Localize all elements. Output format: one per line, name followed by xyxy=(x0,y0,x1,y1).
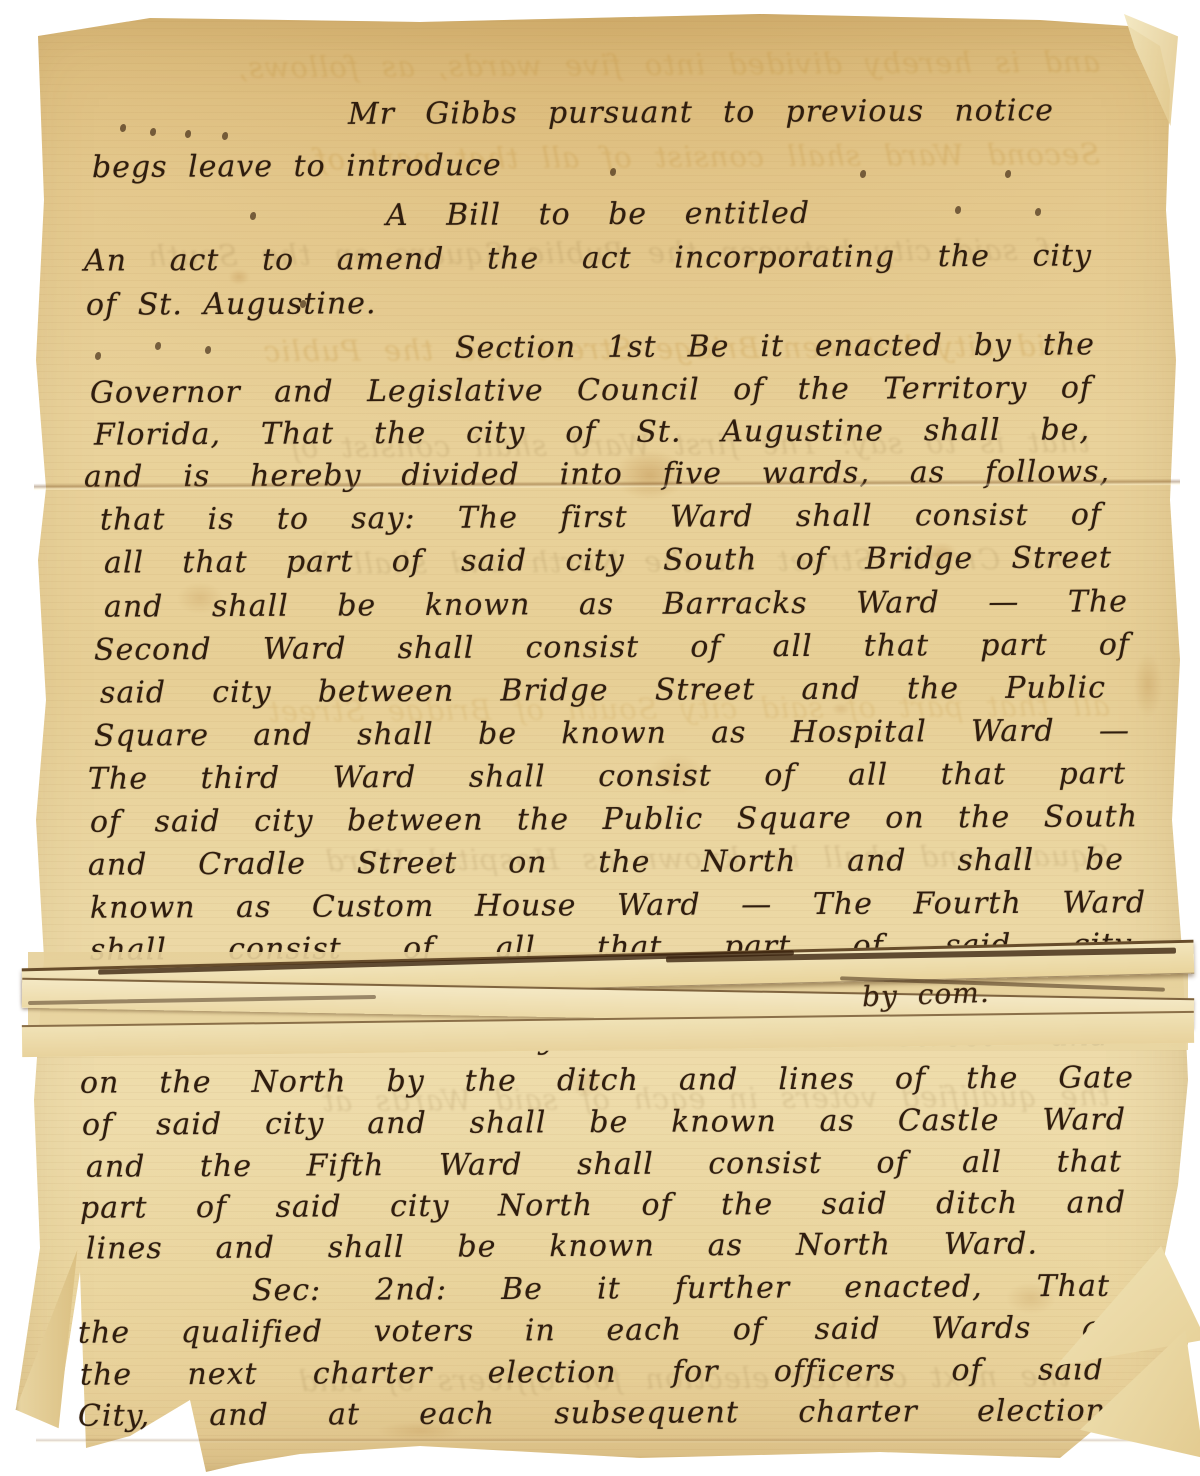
manuscript-line: begs leave to introduce xyxy=(92,149,502,186)
manuscript-line: of St. Augustine. xyxy=(86,287,377,323)
manuscript-line: Second Ward shall consist of all that pa… xyxy=(94,628,1130,668)
scan-background: and is hereby divided into five wards, a… xyxy=(0,0,1200,1476)
manuscript-line: Sec: 2nd: Be it further enacted, That xyxy=(252,1270,1110,1309)
bleedthrough-text: and is hereby divided into five wards, a… xyxy=(120,45,1100,86)
manuscript-line: all that part of said city South of Brid… xyxy=(104,541,1112,581)
stain xyxy=(1128,640,1168,730)
manuscript-line: said city between Bridge Street and the … xyxy=(100,671,1106,711)
manuscript-line: An act to amend the act incorporating th… xyxy=(84,239,1092,279)
manuscript-line: the next charter election for officers o… xyxy=(80,1353,1104,1393)
fold-crease xyxy=(36,1438,1136,1443)
manuscript-line: Florida, That the city of St. Augustine … xyxy=(94,413,1090,453)
manuscript-line: on the North by the ditch and lines of t… xyxy=(80,1061,1134,1101)
manuscript-line: Section 1st Be it enacted by the xyxy=(455,328,1095,366)
manuscript-line: of said city between the Public Square o… xyxy=(90,800,1138,840)
manuscript-line: of said city and shall be known as Castl… xyxy=(82,1103,1126,1143)
manuscript-line: that is to say: The first Ward shall con… xyxy=(100,498,1102,538)
manuscript-line: the qualified voters in each of said War… xyxy=(78,1311,1114,1351)
manuscript-line: and shall be known as Barracks Ward — Th… xyxy=(104,585,1128,625)
manuscript-line: Governor and Legislative Council of the … xyxy=(90,371,1092,411)
manuscript-line: known as Custom House Ward — The Fourth … xyxy=(90,886,1146,926)
manuscript-line: part of said city North of the said ditc… xyxy=(80,1186,1126,1226)
manuscript-line: and the Fifth Ward shall consist of all … xyxy=(86,1145,1122,1185)
manuscript-line: Square and shall be known as Hospital Wa… xyxy=(94,714,1130,754)
manuscript-line: Mr Gibbs pursuant to previous notice xyxy=(348,94,1054,132)
manuscript-line: The third Ward shall consist of all that… xyxy=(88,757,1126,797)
manuscript-line: City, and at each subsequent charter ele… xyxy=(78,1394,1106,1434)
manuscript-line: and Cradle Street on the North and shall… xyxy=(88,843,1124,883)
manuscript-line: A Bill to be entitled xyxy=(386,197,810,234)
manuscript-line: lines and shall be known as North Ward. xyxy=(86,1228,1038,1267)
